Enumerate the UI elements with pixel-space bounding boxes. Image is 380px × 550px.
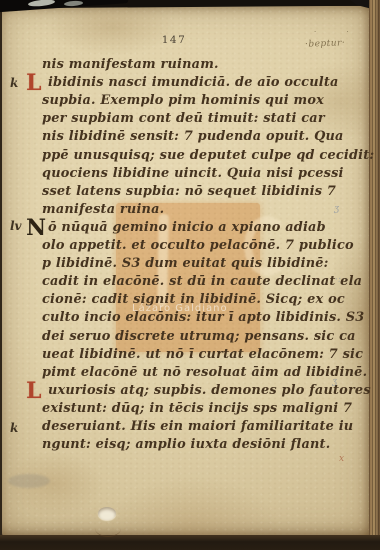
line-text: p libidinē. S3 dum euitat quis libidinē: [42, 256, 329, 271]
line-text: nis libidinē sensit: 7 pudenda opuit. Qu… [42, 129, 344, 144]
text-line: olo appetit. et occulto pelacōnē. 7 publ… [42, 238, 354, 253]
page-stack-fore-edge [369, 0, 380, 550]
line-text: pimt elacōnē ut nō resoluat āim ad libid… [42, 365, 367, 380]
illuminated-initial: L [26, 380, 42, 402]
folio-number: 147 [154, 34, 194, 46]
line-text: ngunt: eisq; amplio iuxta desiōni flant. [42, 437, 330, 452]
line-text: ueat libidinē. ut nō ī curtat elacōnem: … [42, 347, 363, 362]
line-text: olo appetit. et occulto pelacōnē. 7 publ… [42, 238, 354, 253]
text-line: dei seruo discrete utrumq; pensans. sic … [42, 329, 356, 344]
text-line: per supbiam cont deū timuit: stati car [42, 111, 325, 126]
text-line: Luxuriosis atq; supbis. demones plo faut… [42, 383, 371, 398]
text-line: ppē unusquisq; sue deputet culpe qd ceci… [42, 148, 374, 163]
text-line: quociens libidine uincit. Quia nisi pces… [42, 166, 344, 181]
illuminated-initial: N [26, 217, 46, 239]
text-line: ngunt: eisq; amplio iuxta desiōni flant. [42, 437, 330, 452]
parchment-hole-shadow [95, 520, 121, 537]
margin-mark: ʒ [332, 377, 337, 387]
text-line: ueat libidinē. ut nō ī curtat elacōnem: … [42, 347, 363, 362]
line-text: cadit in elacōnē. st dū in caute declina… [42, 274, 362, 289]
line-text: ibidinis nasci imundiciā. de aīo occulta [48, 75, 339, 90]
manuscript-page: 147 · · ·beptur· nis manifestam ruinam.L… [2, 6, 370, 537]
line-text: supbia. Exemplo pim hominis qui mox [42, 93, 324, 108]
text-line: Nō nūquā gemino inicio a xpiano adiab [42, 220, 326, 235]
margin-mark: ·: [335, 275, 341, 285]
text-line: p libidinē. S3 dum euitat quis libidinē: [42, 256, 329, 271]
text-line: nis libidinē sensit: 7 pudenda opuit. Qu… [42, 129, 344, 144]
line-text: sset latens supbia: nō sequet libidinis … [42, 184, 336, 199]
line-text: dei seruo discrete utrumq; pensans. sic … [42, 329, 356, 344]
text-block: nis manifestam ruinam.Libidinis nasci im… [42, 57, 354, 467]
corner-pen-trials: · · [314, 28, 363, 36]
text-line: deseruiant. His ein maiori familiaritate… [42, 419, 353, 434]
watermark: Lázaro Galdiano [132, 303, 228, 314]
margin-letter: k [10, 76, 18, 90]
text-line: sset latens supbia: nō sequet libidinis … [42, 184, 336, 199]
margin-letter: k [10, 421, 18, 435]
line-text: ō nūquā gemino inicio a xpiano adiab [48, 220, 326, 235]
text-line: cadit in elacōnē. st dū in caute declina… [42, 274, 362, 289]
line-text: nis manifestam ruinam. [42, 57, 219, 72]
line-text: deseruiant. His ein maiori familiaritate… [42, 419, 353, 434]
text-line: pimt elacōnē ut nō resoluat āim ad libid… [42, 365, 367, 380]
line-text: per supbiam cont deū timuit: stati car [42, 111, 325, 126]
parchment-hole [98, 507, 116, 520]
line-text: manifesta ruina. [42, 202, 164, 217]
line-text: existunt: dūq; in tēcis incijs sps malig… [42, 401, 352, 416]
corner-annotation: ·beptur· [305, 38, 346, 49]
text-line: manifesta ruina. [42, 202, 164, 217]
photo-background: 147 · · ·beptur· nis manifestam ruinam.L… [0, 0, 380, 550]
text-line: existunt: dūq; in tēcis incijs sps malig… [42, 401, 352, 416]
illuminated-initial: L [26, 72, 42, 94]
parchment-scuff [8, 474, 50, 488]
text-line: supbia. Exemplo pim hominis qui mox [42, 93, 324, 108]
line-text: ppē unusquisq; sue deputet culpe qd ceci… [42, 148, 374, 163]
margin-mark: ʒ [334, 204, 339, 214]
line-text: uxuriosis atq; supbis. demones plo fauto… [48, 383, 371, 398]
margin-mark: x [339, 454, 344, 464]
scan-background-bottom [0, 535, 380, 550]
line-text: quociens libidine uincit. Quia nisi pces… [42, 166, 344, 181]
margin-letter: lv [10, 219, 22, 233]
text-line: Libidinis nasci imundiciā. de aīo occult… [42, 75, 339, 90]
text-line: nis manifestam ruinam. [42, 57, 219, 72]
